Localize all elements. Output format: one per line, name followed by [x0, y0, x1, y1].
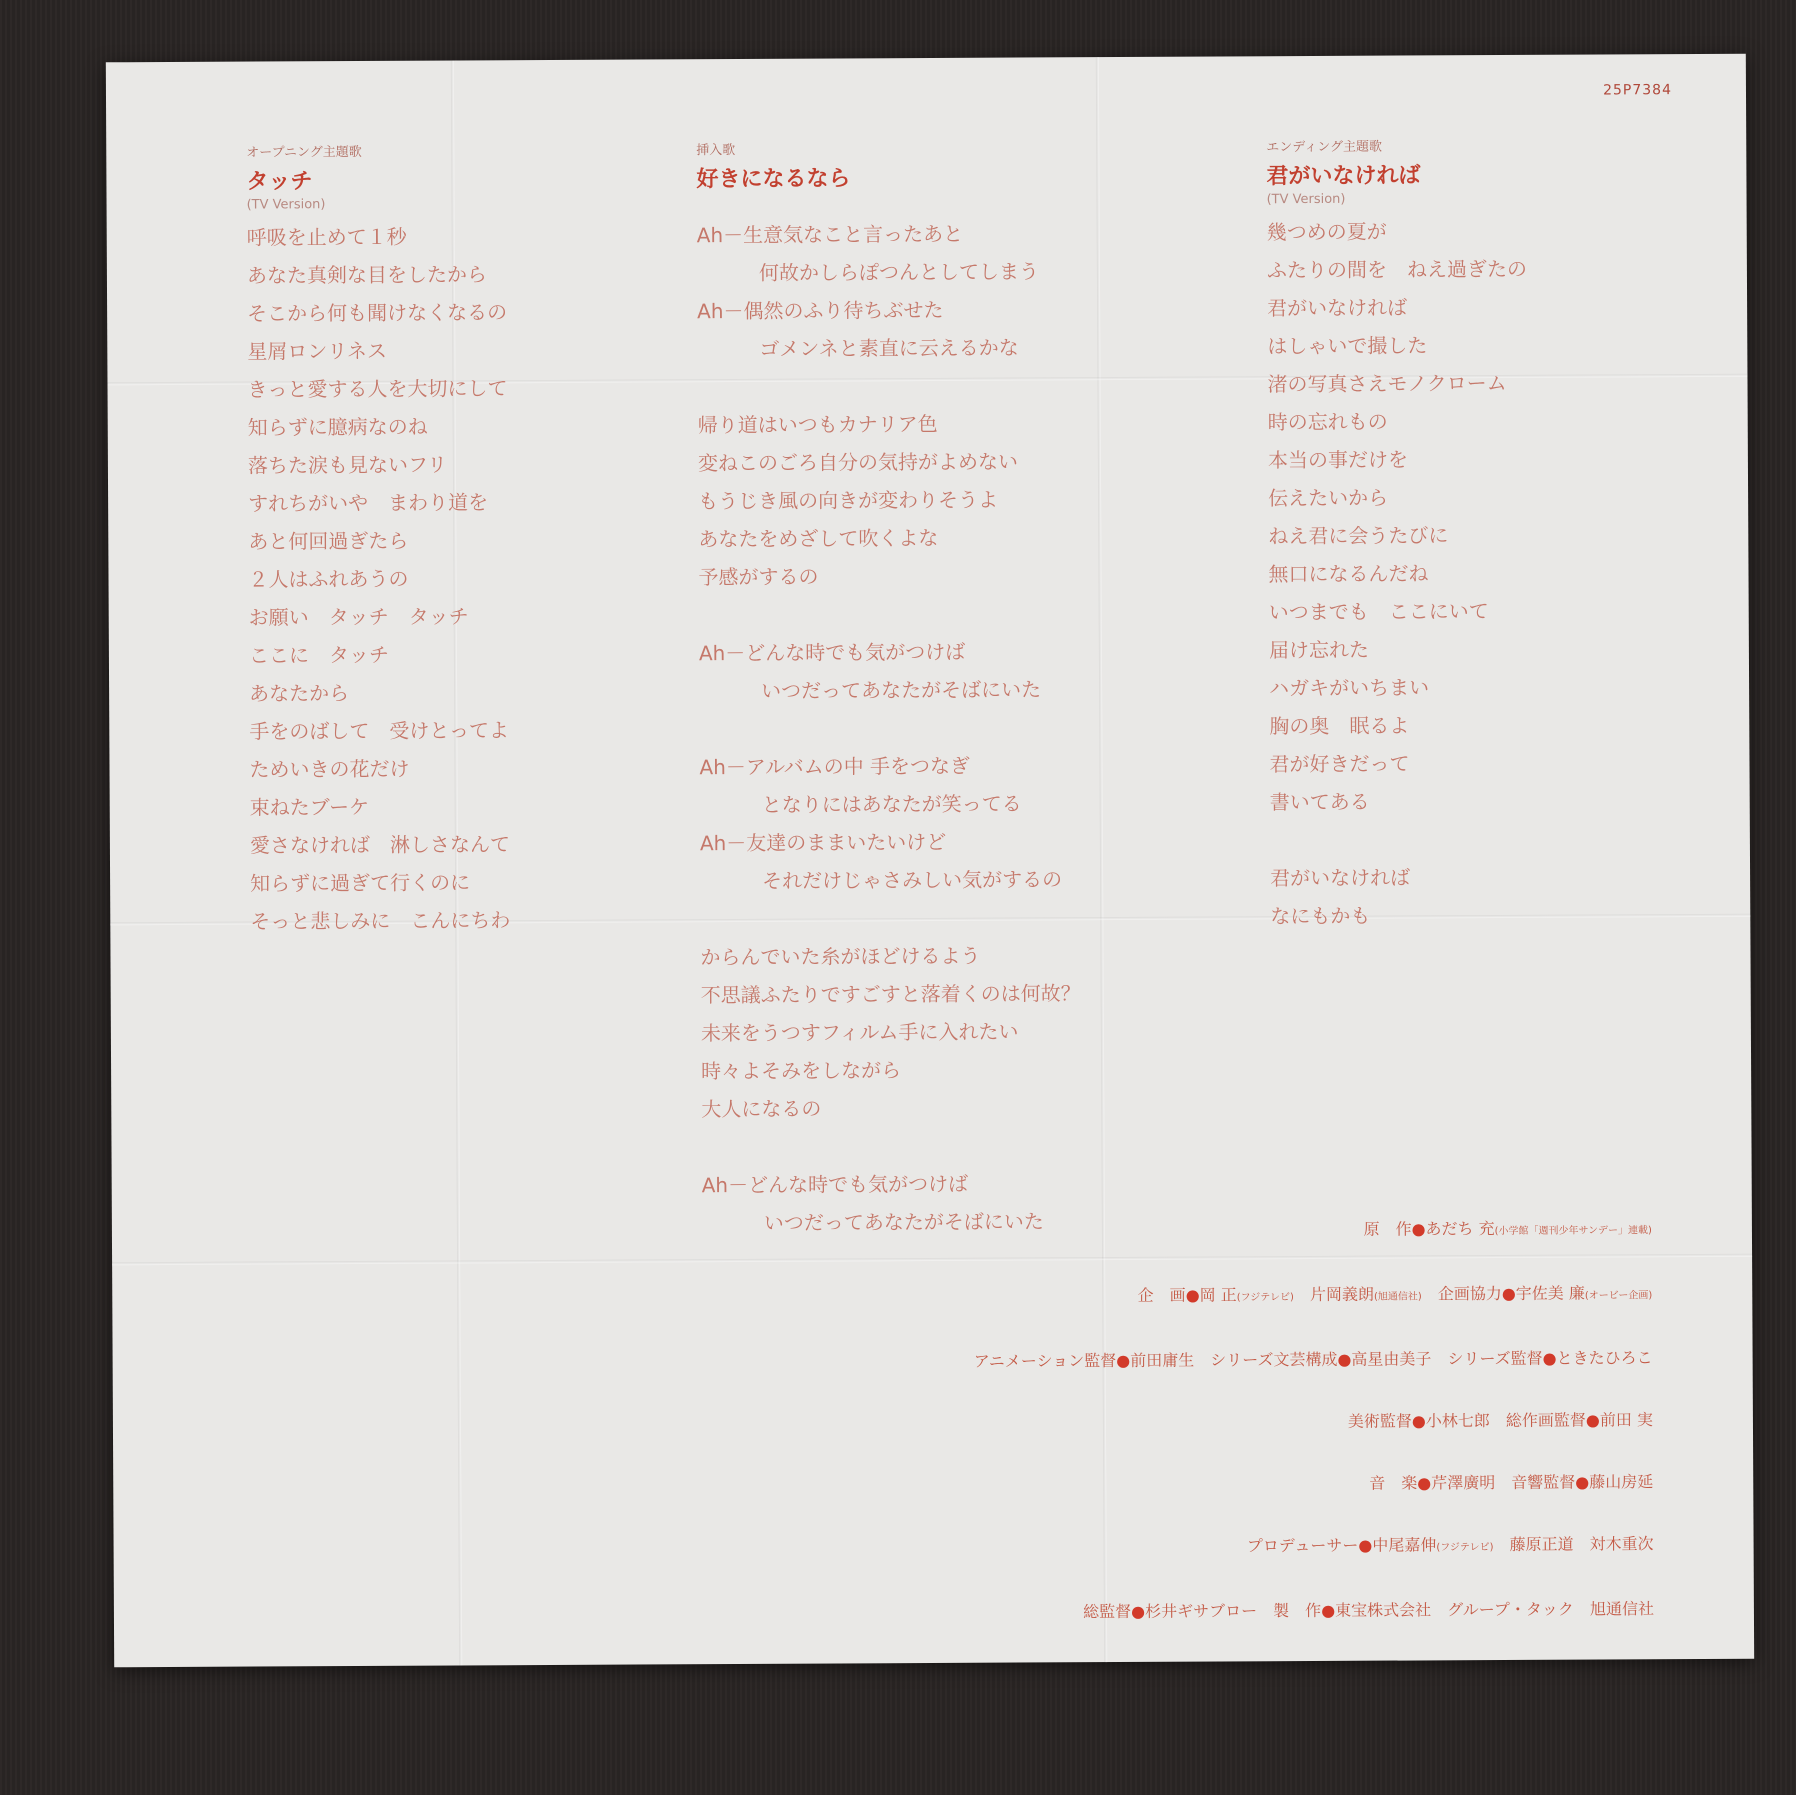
song-title: 好きになるなら	[696, 160, 1076, 193]
credit-name: 高星由美子	[1351, 1349, 1431, 1368]
credit-name: 片岡義朗	[1310, 1285, 1374, 1304]
lyric-line: 時々よそみをしながら	[701, 1050, 1081, 1090]
lyric-sheet: 25P7384 オープニング主題歌タッチ(TV Version)呼吸を止めて１秒…	[106, 54, 1754, 1668]
song-kind: エンディング主題歌	[1266, 135, 1526, 155]
song-title: 君がいなければ	[1266, 158, 1526, 190]
bullet-icon: ●	[1337, 1350, 1351, 1369]
lyric-line: 知らずに過ぎて行くのに	[250, 863, 510, 902]
credit-role: アニメーション監督	[974, 1351, 1117, 1371]
credit-note: (フジテレビ)	[1237, 1292, 1294, 1303]
credit-row: 原 作●あだち 充(小学館「週刊少年サンデー」連載)	[973, 1197, 1652, 1266]
lyric-line: 無口になるんだね	[1268, 554, 1528, 593]
lyric-line: 君がいなければ	[1267, 288, 1527, 327]
bullet-icon: ●	[1417, 1473, 1431, 1492]
credit-name: 旭通信社	[1590, 1599, 1654, 1618]
lyric-line: ふたりの間を ねえ過ぎたの	[1267, 250, 1527, 289]
lyric-line: Ah－アルバムの中 手をつなぎ	[699, 746, 1079, 786]
credit-name: 前田 実	[1600, 1410, 1653, 1429]
lyric-line: すれちがいや まわり道を	[248, 483, 508, 522]
credit-name: 岡 正	[1200, 1285, 1237, 1304]
lyric-line: いつだってあなたがそばにいた	[699, 670, 1079, 710]
credit-row: 美術監督●小林七郎 総作画監督●前田 実	[974, 1389, 1653, 1455]
lyric-line: 手をのばして 受けとってよ	[249, 711, 509, 750]
stanza-break	[700, 898, 1080, 938]
stanza-break	[697, 366, 1077, 406]
lyric-line: からんでいた糸がほどけるよう	[700, 936, 1080, 976]
lyric-line: 本当の事だけを	[1268, 440, 1528, 479]
lyric-line: もうじき風の向きが変わりそうよ	[698, 480, 1078, 520]
lyric-line: そこから何も聞けなくなるの	[247, 293, 507, 332]
lyric-line: 未来をうつすフィルム手に入れたい	[701, 1012, 1081, 1052]
credit-role: プロデューサー	[1247, 1536, 1359, 1556]
lyric-line: 帰り道はいつもカナリア色	[698, 404, 1078, 444]
lyric-line: 時の忘れもの	[1268, 402, 1528, 441]
lyric-line: 幾つめの夏が	[1267, 212, 1527, 251]
lyric-line: 何故かしらぽつんとしてしまう	[697, 252, 1077, 292]
credit-role: 音 楽	[1369, 1473, 1417, 1492]
bullet-icon: ●	[1131, 1602, 1145, 1621]
bullet-icon: ●	[1186, 1286, 1200, 1305]
lyric-line: なにもかも	[1270, 896, 1530, 935]
credit-role: シリーズ監督	[1447, 1349, 1542, 1368]
credit-name: 藤原正道	[1509, 1535, 1573, 1554]
lyric-line: ハガキがいちまい	[1269, 668, 1529, 707]
song-version: (TV Version)	[1267, 191, 1527, 207]
lyric-line: 君がいなければ	[1270, 858, 1530, 897]
lyric-line: そっと悲しみに こんにちわ	[250, 901, 510, 940]
credit-note: (小学館「週刊少年サンデー」連載)	[1495, 1225, 1652, 1237]
song-title: タッチ	[246, 163, 506, 195]
lyric-line: Ah－どんな時でも気がつけば	[699, 632, 1079, 672]
credit-name: ときたひろこ	[1557, 1348, 1653, 1368]
credit-row: 企 画●岡 正(フジテレビ) 片岡義朗(旭通信社) 企画協力●宇佐美 廉(オービ…	[973, 1262, 1652, 1331]
lyric-line: Ah－生意気なこと言ったあと	[697, 214, 1077, 254]
lyric-line: 呼吸を止めて１秒	[247, 217, 507, 256]
bullet-icon: ●	[1321, 1601, 1335, 1620]
credit-name: 対木重次	[1590, 1534, 1654, 1553]
lyric-line: ねえ君に会うたびに	[1268, 516, 1528, 555]
credit-name: 前田庸生	[1130, 1351, 1194, 1370]
lyric-line: 知らずに臆病なのね	[248, 407, 508, 446]
lyric-line: 届け忘れた	[1269, 630, 1529, 669]
credit-role: 企画協力	[1438, 1284, 1502, 1303]
lyric-line: ためいきの花だけ	[249, 749, 509, 788]
lyric-line: はしゃいで撮した	[1267, 326, 1527, 365]
lyric-line: 愛さなければ 淋しさなんて	[250, 825, 510, 864]
stanza-break	[701, 1126, 1081, 1166]
bullet-icon: ●	[1116, 1351, 1130, 1370]
credit-role: 総作画監督	[1506, 1411, 1586, 1430]
lyric-line: 不思議ふたりですごすと落着くのは何故？	[701, 974, 1081, 1014]
credit-role: 製 作	[1273, 1601, 1321, 1620]
credit-name: 芹澤廣明	[1431, 1473, 1495, 1492]
lyric-line: それだけじゃさみしい気がするの	[700, 860, 1080, 900]
bullet-icon: ●	[1586, 1411, 1600, 1430]
lyric-line: ゴメンネと素直に云えるかな	[697, 328, 1077, 368]
credit-role: 原 作	[1363, 1219, 1411, 1238]
credits-block: 原 作●あだち 充(小学館「週刊少年サンデー」連載)企 画●岡 正(フジテレビ)…	[973, 1197, 1654, 1644]
credit-name: 中尾嘉伸	[1372, 1535, 1436, 1554]
lyric-line: 予感がするの	[698, 556, 1078, 596]
lyric-line: 君が好きだって	[1269, 744, 1529, 783]
lyric-line: 星屑ロンリネス	[247, 331, 507, 370]
song-column-2: 挿入歌好きになるなら Ah－生意気なこと言ったあと何故かしらぽつんとしてしまうA…	[696, 137, 1082, 1242]
lyric-line: Ah－どんな時でも気がつけば	[702, 1164, 1082, 1204]
lyric-line: 胸の奥 眠るよ	[1269, 706, 1529, 745]
lyric-line: 伝えたいから	[1268, 478, 1528, 517]
credit-row: 総監督●杉井ギサブロー 製 作●東宝株式会社 グループ・タック 旭通信社	[975, 1578, 1654, 1644]
lyric-line: となりにはあなたが笑ってる	[700, 784, 1080, 824]
stanza-break	[699, 708, 1079, 748]
credit-name: グループ・タック	[1447, 1600, 1574, 1620]
lyric-line: ２人はふれあうの	[248, 559, 508, 598]
credit-row: プロデューサー●中尾嘉伸(フジテレビ) 藤原正道 対木重次	[974, 1513, 1653, 1582]
catalog-number: 25P7384	[1603, 82, 1672, 98]
lyric-line: 大人になるの	[701, 1088, 1081, 1128]
song-version: (TV Version)	[247, 196, 507, 212]
bullet-icon: ●	[1412, 1411, 1426, 1430]
credit-note: (フジテレビ)	[1436, 1542, 1493, 1553]
lyric-line: Ah－友達のままいたいけど	[700, 822, 1080, 862]
lyric-line: あなたをめざして吹くよな	[698, 518, 1078, 558]
lyric-line: 渚の写真さえモノクローム	[1267, 364, 1527, 403]
credit-role: シリーズ文芸構成	[1210, 1350, 1337, 1370]
song-version	[697, 193, 1077, 210]
bullet-icon: ●	[1502, 1284, 1516, 1303]
song-kind: オープニング主題歌	[246, 140, 506, 160]
lyric-line: 落ちた涙も見ないフリ	[248, 445, 508, 484]
credit-name: 宇佐美 廉	[1516, 1284, 1585, 1303]
credit-name: 杉井ギサブロー	[1145, 1601, 1257, 1621]
lyric-line: あなた真剣な目をしたから	[247, 255, 507, 294]
credit-note: (旭通信社)	[1374, 1291, 1422, 1302]
bullet-icon: ●	[1358, 1536, 1372, 1555]
bullet-icon: ●	[1412, 1219, 1426, 1238]
lyric-line: あと何回過ぎたら	[248, 521, 508, 560]
credit-role: 企 画	[1138, 1286, 1186, 1305]
credit-name: あだち 充	[1425, 1219, 1494, 1238]
credit-row: 音 楽●芹澤廣明 音響監督●藤山房延	[974, 1451, 1653, 1517]
credit-row: アニメーション監督●前田庸生 シリーズ文芸構成●高星由美子 シリーズ監督●ときた…	[974, 1327, 1653, 1393]
credit-name: 小林七郎	[1426, 1411, 1490, 1430]
lyric-line: 束ねたブーケ	[250, 787, 510, 826]
credit-note: (オービー企画)	[1585, 1290, 1652, 1301]
song-column-1: オープニング主題歌タッチ(TV Version)呼吸を止めて１秒あなた真剣な目を…	[246, 140, 510, 940]
stanza-break	[699, 594, 1079, 634]
bullet-icon: ●	[1543, 1349, 1557, 1368]
lyric-line: ここに タッチ	[249, 635, 509, 674]
song-kind: 挿入歌	[696, 137, 1076, 158]
bullet-icon: ●	[1575, 1473, 1589, 1492]
lyric-line: 変ねこのごろ自分の気持がよめない	[698, 442, 1078, 482]
lyric-line: あなたから	[249, 673, 509, 712]
credit-role: 美術監督	[1348, 1411, 1412, 1430]
credit-role: 音響監督	[1511, 1473, 1575, 1492]
lyric-line: いつまでも ここにいて	[1269, 592, 1529, 631]
stanza-break	[1270, 820, 1530, 859]
song-column-3: エンディング主題歌君がいなければ(TV Version)幾つめの夏がふたりの間を…	[1266, 135, 1530, 935]
lyric-line: きっと愛する人を大切にして	[247, 369, 507, 408]
credit-name: 藤山房延	[1589, 1472, 1653, 1491]
credit-role: 総監督	[1083, 1602, 1131, 1621]
lyric-line: Ah－偶然のふり待ちぶせた	[697, 290, 1077, 330]
lyric-line: 書いてある	[1270, 782, 1530, 821]
credit-name: 東宝株式会社	[1335, 1600, 1431, 1620]
lyric-line: お願い タッチ タッチ	[249, 597, 509, 636]
